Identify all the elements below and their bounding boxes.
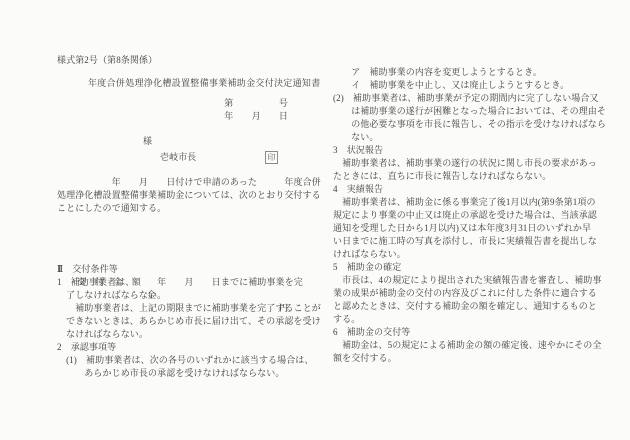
condition-line: イ 補助事業を中止し、又は廃止しようとするとき。	[333, 79, 623, 92]
condition-line: たときには、直ちに市長に報告しなければならない。	[333, 170, 623, 183]
condition-line: なければならない。	[57, 328, 329, 341]
intro-paragraph: 年 月 日付けで申請のあった 年度合併処理浄化槽設置整備事業補助金については、次…	[57, 176, 321, 215]
condition-line: い日までに施工時の写真を添付し、市長に実績報告書を提出しな	[333, 235, 623, 248]
condition-line: あらかじめ市長の承認を受けなければならない。	[57, 367, 329, 380]
grant-amount-line: Ⅰ 交 付 金 額 金 円	[57, 250, 325, 263]
intro-line: 処理浄化槽設置整備事業補助金については、次のとおり交付する	[57, 189, 321, 202]
condition-line: は補助事業の遂行が困難となった場合においては、その理由そ	[333, 105, 623, 118]
condition-line: 2 承認事項等	[57, 341, 329, 354]
conditions-left-column: 1 補助事業者は、 年 月 日までに補助事業を完 了しなければならない。 補助事…	[57, 276, 329, 380]
document-number-blank: 第 号	[57, 97, 288, 110]
condition-line: (2) 補助事業者は、補助事業が予定の期間内に完了しない場合又	[333, 92, 623, 105]
document-date-blank: 年 月 日	[57, 110, 288, 123]
condition-line: 4 実績報告	[333, 183, 623, 196]
condition-line: 補助事業者は、上記の期限までに補助事業を完了することが	[57, 302, 329, 315]
condition-line: 業の成果が補助金の交付の内容及びこれに付した条件に適合する	[333, 287, 623, 300]
condition-line: (1) 補助事業者は、次の各号のいずれかに該当する場合は、	[57, 354, 329, 367]
intro-line: ことにしたので通知する。	[57, 202, 321, 215]
seal-placeholder-icon: 印	[265, 151, 278, 164]
page-title: 年度合併処理浄化槽設置整備事業補助金交付決定通知書	[88, 77, 321, 90]
condition-line: ア 補助事業の内容を変更しようとするとき。	[333, 66, 623, 79]
condition-line: ければならない。	[333, 248, 623, 261]
condition-line: 補助事業者は、補助事業の遂行の状況に関し市長の要求があっ	[333, 157, 623, 170]
conditions-heading: Ⅱ 交付条件等	[57, 263, 118, 276]
condition-line: 市長は、4の規定により提出された実績報告書を審査し、補助事	[333, 274, 623, 287]
condition-line: の他必要な事項を市長に報告し、その指示を受けなければなら	[333, 118, 623, 131]
conditions-right-column: ア 補助事業の内容を変更しようとするとき。 イ 補助事業を中止し、又は廃止しよう…	[333, 66, 623, 365]
condition-line: 了しなければならない。	[57, 289, 329, 302]
condition-line: 補助事業者は、補助金に係る事業完了後1月以内(第9条第1項の	[333, 196, 623, 209]
condition-line: できないときは、あらかじめ市長に届け出て、その承認を受け	[57, 315, 329, 328]
condition-line: 6 補助金の交付等	[333, 326, 623, 339]
sender-row: 壱岐市長 印	[57, 151, 325, 165]
addressee-honorific: 様	[143, 135, 152, 148]
condition-line: 規定により事業の中止又は廃止の承認を受けた場合は、当該承認	[333, 209, 623, 222]
condition-line: 通知を受理した日から1月以内)又は本年度3月31日のいずれか早	[333, 222, 623, 235]
scanned-document-page: 様式第2号（第8条関係） 年度合併処理浄化槽設置整備事業補助金交付決定通知書 第…	[0, 0, 630, 440]
condition-line: 5 補助金の確定	[333, 261, 623, 274]
condition-line: と認めたときは、交付する補助金の額を確定し、通知するものと	[333, 300, 623, 313]
intro-line: 年 月 日付けで申請のあった 年度合併	[57, 176, 321, 189]
condition-line: ない。	[333, 131, 623, 144]
condition-line: 額を交付する。	[333, 352, 623, 365]
form-number-label: 様式第2号（第8条関係）	[57, 54, 157, 67]
condition-line: 3 状況報告	[333, 144, 623, 157]
sender-title: 壱岐市長	[57, 151, 325, 164]
condition-line: 1 補助事業者は、 年 月 日までに補助事業を完	[57, 276, 329, 289]
condition-line: する。	[333, 313, 623, 326]
condition-line: 補助金は、5の規定による補助金の額の確定後、速やかにその全	[333, 339, 623, 352]
